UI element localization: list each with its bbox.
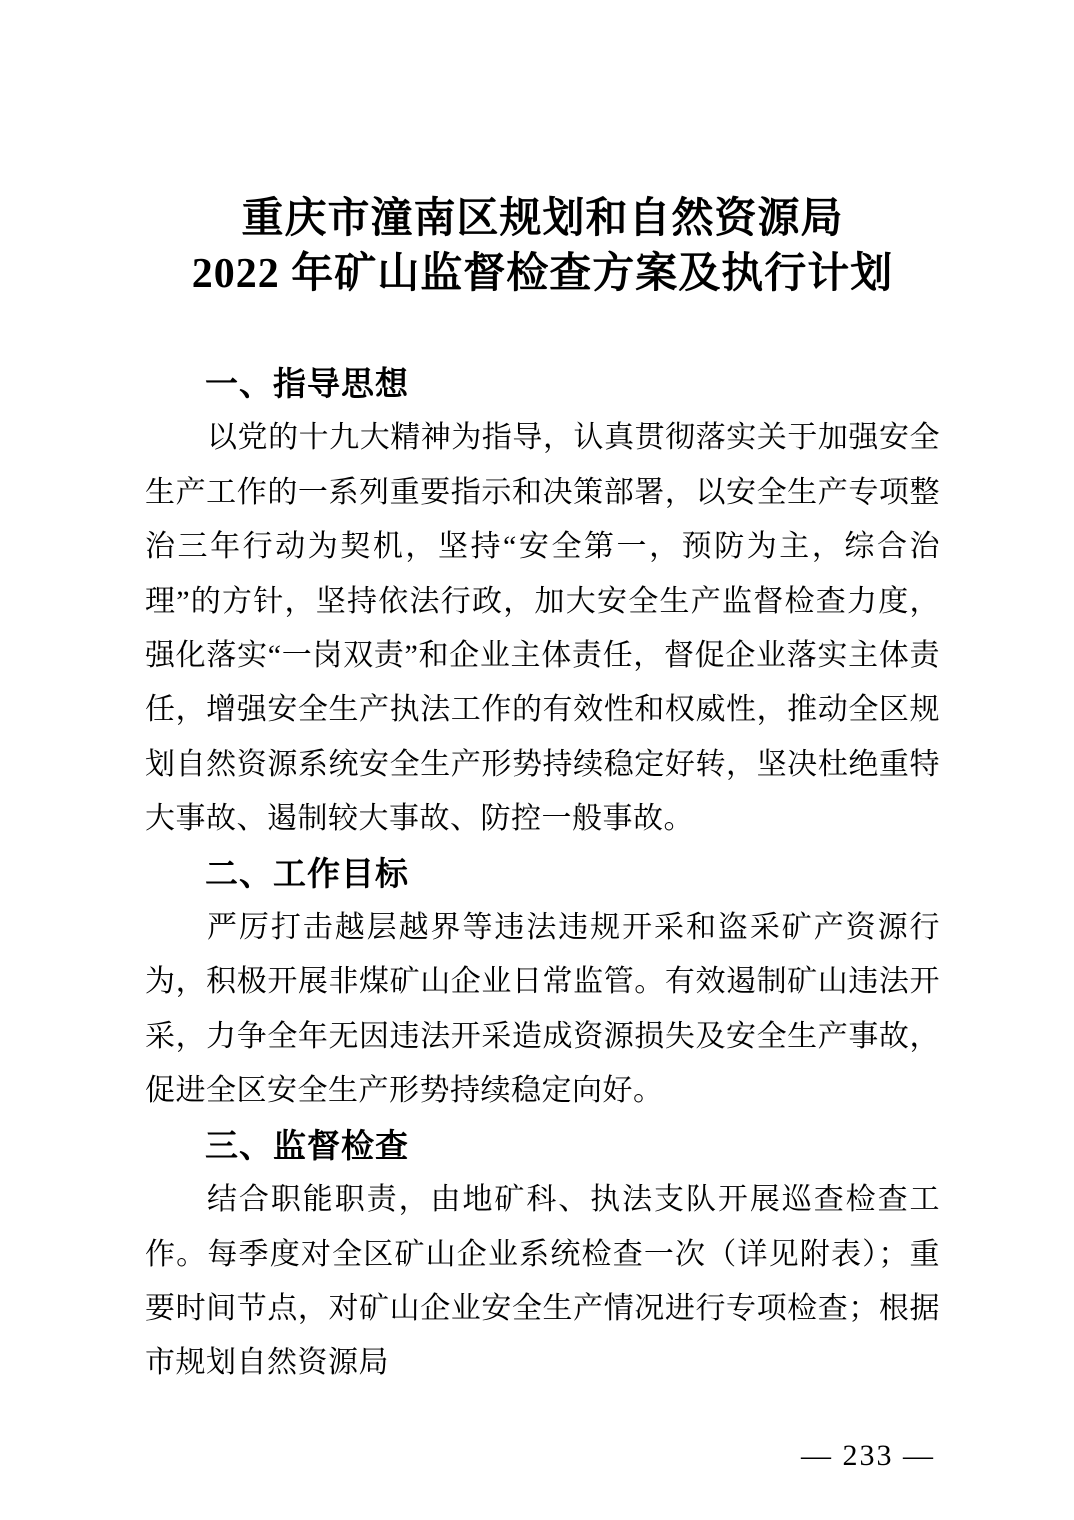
section-paragraph-guiding-ideology: 以党的十九大精神为指导，认真贯彻落实关于加强安全生产工作的一系列重要指示和决策部… [145,411,940,846]
section-paragraph-work-goals: 严厉打击越层越界等违法违规开采和盗采矿产资源行为，积极开展非煤矿山企业日常监管。… [145,901,940,1119]
section-heading-work-goals: 二、工作目标 [145,847,940,901]
page-number: — 233 — [801,1436,935,1476]
document-page: 重庆市潼南区规划和自然资源局 2022 年矿山监督检查方案及执行计划 一、指导思… [0,0,1074,1520]
document-title-line2: 2022 年矿山监督检查方案及执行计划 [192,251,894,297]
document-title-line1: 重庆市潼南区规划和自然资源局 [241,196,843,242]
section-heading-supervision-inspection: 三、监督检查 [145,1119,940,1173]
document-body: 一、指导思想 以党的十九大精神为指导，认真贯彻落实关于加强安全生产工作的一系列重… [145,357,940,1391]
document-title: 重庆市潼南区规划和自然资源局 2022 年矿山监督检查方案及执行计划 [145,192,940,302]
document-content: 重庆市潼南区规划和自然资源局 2022 年矿山监督检查方案及执行计划 一、指导思… [145,0,940,1391]
section-paragraph-supervision-inspection: 结合职能职责，由地矿科、执法支队开展巡查检查工作。每季度对全区矿山企业系统检查一… [145,1173,940,1391]
section-heading-guiding-ideology: 一、指导思想 [145,357,940,411]
